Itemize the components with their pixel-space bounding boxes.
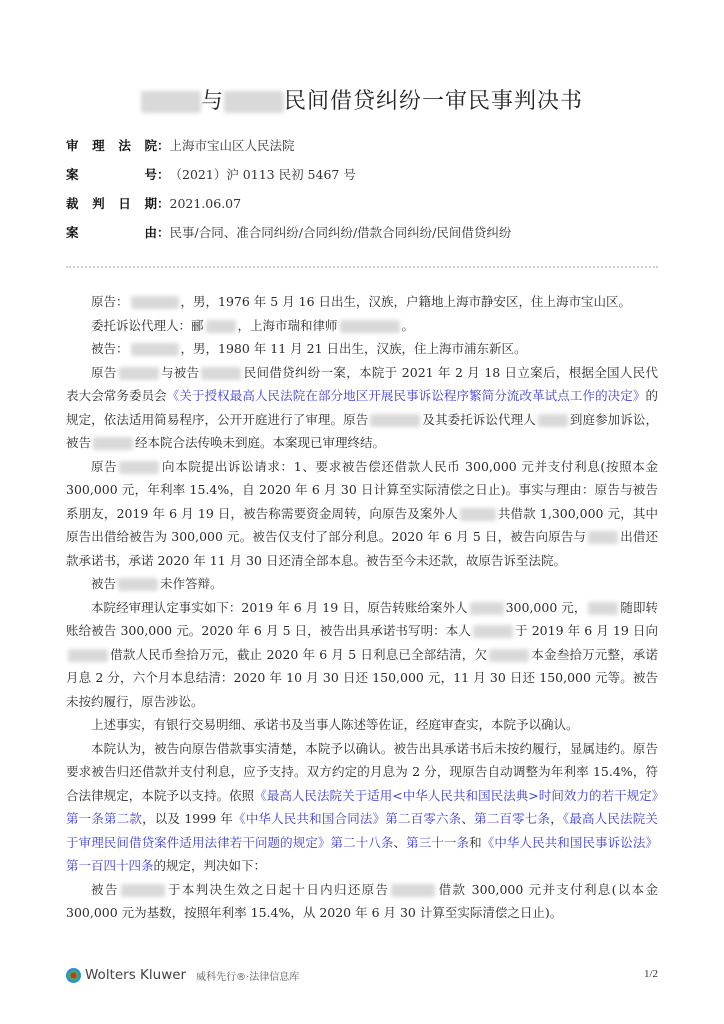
redacted-name [119, 367, 159, 380]
redacted-name [538, 414, 568, 427]
redacted-name [588, 531, 618, 544]
law-link[interactable]: 《中华人民共和国合同法》第二百零六条 [233, 811, 461, 826]
redacted-name [119, 461, 159, 474]
case-metadata: 审理法院 ： 上海市宝山区人民法院 案号 ： （2021）沪 0113 民初 5… [66, 136, 511, 252]
meta-cause: 案由 ： 民事/合同、准合同纠纷/合同纠纷/借款合同纠纷/民间借贷纠纷 [66, 223, 511, 252]
redacted-name [473, 625, 513, 638]
redacted-name [391, 884, 435, 897]
meta-court: 审理法院 ： 上海市宝山区人民法院 [66, 136, 511, 165]
law-link[interactable]: 第三十一条 [406, 835, 469, 850]
redacted-name [206, 320, 236, 333]
meta-value-court: 上海市宝山区人民法院 [170, 136, 295, 154]
paragraph-evidence: 上述事实，有银行交易明细、承诺书及当事人陈述等佐证，经庭审查实，本院予以确认。 [66, 713, 658, 737]
redacted-name [121, 884, 165, 897]
brand-name: Wolters Kluwer [85, 967, 186, 983]
meta-label-cause: 案由 [66, 223, 157, 241]
redacted-name [370, 414, 420, 427]
redacted-name [489, 649, 529, 662]
redacted-name [118, 578, 158, 591]
meta-label-judgment-date: 裁判日期 [66, 194, 157, 212]
redacted-name [93, 437, 133, 450]
judgment-body: 原告：，男，1976 年 5 月 16 日出生，汉族，户籍地上海市静安区，住上海… [66, 290, 658, 925]
meta-value-judgment-date: 2021.06.07 [170, 196, 242, 211]
redacted-name [588, 602, 618, 615]
meta-case-number: 案号 ： （2021）沪 0113 民初 5467 号 [66, 165, 511, 194]
globe-logo-icon [66, 968, 81, 983]
paragraph-defendant: 被告：，男，1980 年 11 月 21 日出生，汉族，住上海市浦东新区。 [66, 337, 658, 361]
paragraph-case-intro: 原告与被告民间借贷纠纷一案，本院于 2021 年 2 月 18 日立案后，根据全… [66, 361, 658, 455]
page-number: 1/2 [644, 968, 658, 980]
title-connector: 与 [201, 89, 224, 114]
law-link[interactable]: 《关于授权最高人民法院在部分地区开展民事诉讼程序繁简分流改革试点工作的决定》 [167, 388, 646, 403]
document-title: 与民间借贷纠纷一审民事判决书 [0, 84, 724, 115]
redacted-name [201, 367, 241, 380]
brand-subtitle: 威科先行®·法律信息库 [196, 968, 299, 983]
paragraph-plaintiff: 原告：，男，1976 年 5 月 16 日出生，汉族，户籍地上海市静安区，住上海… [66, 290, 658, 314]
redacted-name [460, 508, 496, 521]
title-suffix: 民间借贷纠纷一审民事判决书 [284, 89, 583, 114]
redacted-name [470, 602, 504, 615]
meta-value-cause: 民事/合同、准合同纠纷/合同纠纷/借款合同纠纷/民间借贷纠纷 [170, 223, 512, 241]
meta-value-case-number: （2021）沪 0113 民初 5467 号 [170, 165, 356, 183]
paragraph-no-defense: 被告未作答辩。 [66, 572, 658, 596]
paragraph-reasoning: 本院认为，被告向原告借款事实清楚，本院予以确认。被告出具承诺书后未按约履行，显属… [66, 737, 658, 878]
redacted-defendant-name [224, 91, 284, 113]
redacted-plaintiff-name [141, 91, 201, 113]
redacted-firm [340, 320, 400, 333]
meta-judgment-date: 裁判日期 ： 2021.06.07 [66, 194, 511, 223]
redacted-name [68, 649, 108, 662]
page-footer: Wolters Kluwer 威科先行®·法律信息库 1/2 [66, 965, 666, 985]
meta-label-court: 审理法院 [66, 136, 157, 154]
paragraph-facts: 本院经审理认定事实如下：2019 年 6 月 19 日，原告转账给案外人300,… [66, 596, 658, 714]
paragraph-ruling: 被告于本判决生效之日起十日内归还原告借款 300,000 元并支付利息(以本金 … [66, 878, 658, 925]
wolters-kluwer-logo: Wolters Kluwer 威科先行®·法律信息库 [66, 967, 299, 983]
redacted-name [131, 296, 179, 309]
meta-label-case-number: 案号 [66, 165, 157, 183]
paragraph-agent: 委托诉讼代理人：郦，上海市瑞和律师。 [66, 314, 658, 338]
section-divider [66, 266, 658, 268]
redacted-name [131, 343, 179, 356]
paragraph-claims: 原告向本院提出诉讼请求：1、要求被告偿还借款人民币 300,000 元并支付利息… [66, 455, 658, 573]
law-link[interactable]: 第二百零七条 [474, 811, 550, 826]
